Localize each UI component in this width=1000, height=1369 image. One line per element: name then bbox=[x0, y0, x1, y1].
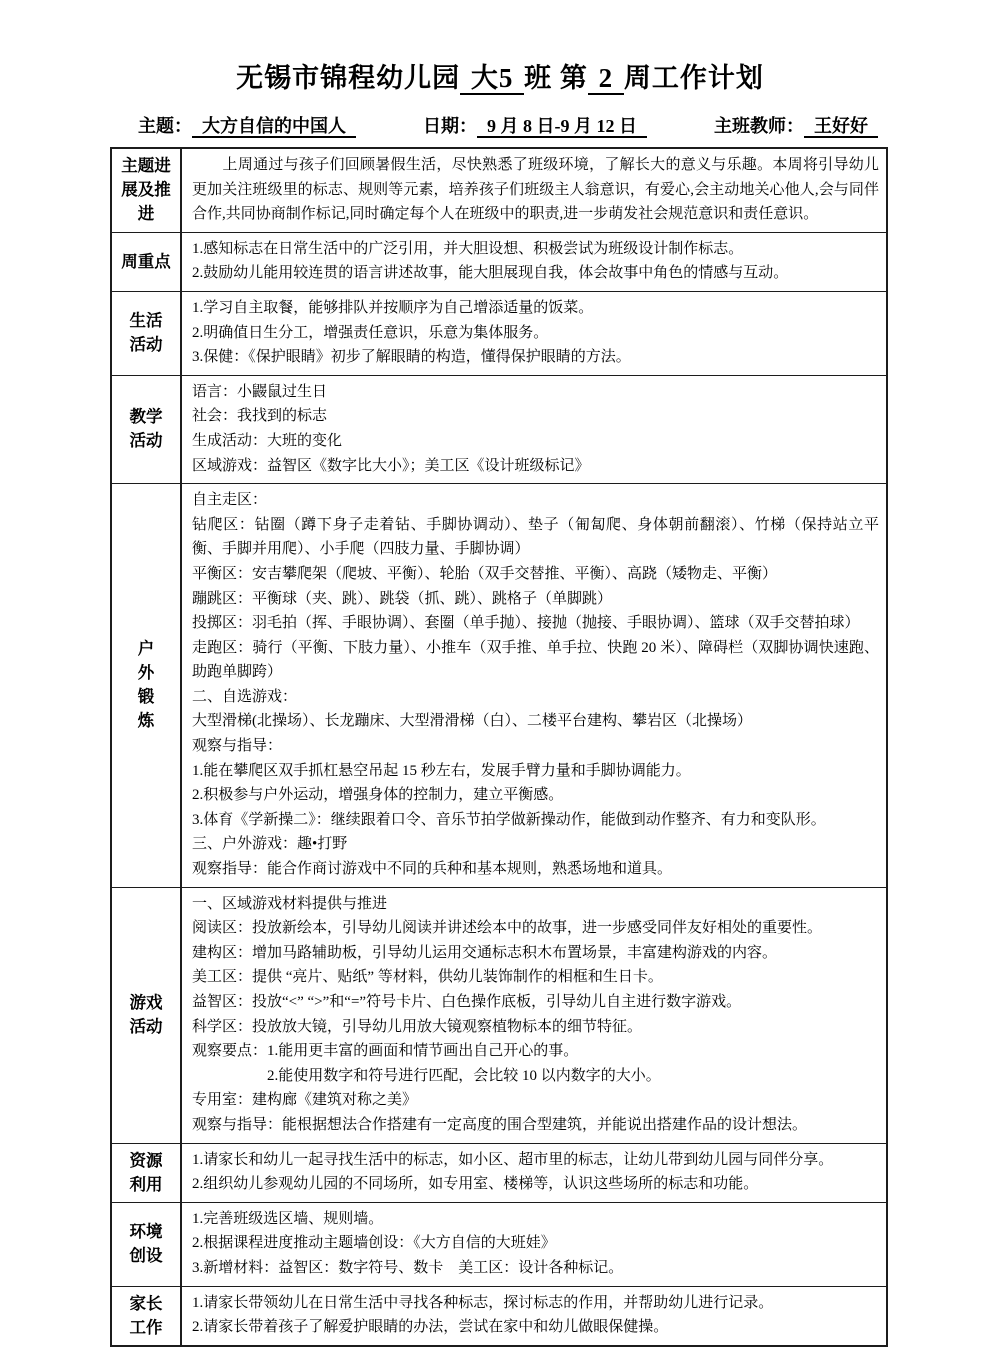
content-paragraph: 2.积极参与户外运动，增强身体的控制力，建立平衡感。 bbox=[192, 783, 879, 808]
row-label: 教学活动 bbox=[112, 376, 182, 483]
table-row: 周重点1.感知标志在日常生活中的广泛引用，并大胆设想、积极尝试为班级设计制作标志… bbox=[112, 232, 886, 291]
page-title: 无锡市锦程幼儿园 大5 班 第 2 周工作计划 bbox=[0, 0, 1000, 95]
table-row: 资源利用1.请家长和幼儿一起寻找生活中的标志，如小区、超市里的标志，让幼儿带到幼… bbox=[112, 1143, 886, 1202]
table-row: 家长工作1.请家长带领幼儿在日常生活中寻找各种标志，探讨标志的作用，并帮助幼儿进… bbox=[112, 1286, 886, 1345]
content-paragraph: 2.请家长带着孩子了解爱护眼睛的办法，尝试在家中和幼儿做眼保健操。 bbox=[192, 1315, 879, 1340]
row-label-line: 游戏 bbox=[130, 991, 163, 1015]
row-content: 1.学习自主取餐，能够排队并按顺序为自己增添适量的饭菜。2.明确值日生分工，增强… bbox=[182, 292, 886, 375]
table-row: 户外锻炼自主走区：钻爬区：钻圈（蹲下身子走着钻、手脚协调动）、垫子（匍匐爬、身体… bbox=[112, 483, 886, 887]
row-label-line: 利用 bbox=[130, 1173, 163, 1197]
title-text-2: 班 第 bbox=[524, 63, 588, 93]
content-paragraph: 3.新增材料：益智区：数字符号、数卡 美工区：设计各种标记。 bbox=[192, 1256, 879, 1281]
row-label-line: 生活 bbox=[130, 309, 163, 333]
content-paragraph: 3.保健：《保护眼睛》初步了解眼睛的构造，懂得保护眼睛的方法。 bbox=[192, 345, 879, 370]
row-label-line: 展及推 bbox=[121, 178, 171, 202]
row-label-line: 户 bbox=[138, 637, 155, 661]
row-label-line: 教学 bbox=[130, 405, 163, 429]
row-label: 周重点 bbox=[112, 233, 182, 291]
content-paragraph: 益智区：投放“<” “>”和“=”符号卡片、白色操作底板，引导幼儿自主进行数字游… bbox=[192, 990, 879, 1015]
content-paragraph: 1.请家长和幼儿一起寻找生活中的标志，如小区、超市里的标志，让幼儿带到幼儿园与同… bbox=[192, 1148, 879, 1173]
content-paragraph: 自主走区： bbox=[192, 488, 879, 513]
row-label: 资源利用 bbox=[112, 1144, 182, 1202]
content-paragraph: 建构区：增加马路辅助板，引导幼儿运用交通标志积木布置场景，丰富建构游戏的内容。 bbox=[192, 941, 879, 966]
content-paragraph: 观察指导：能合作商讨游戏中不同的兵种和基本规则，熟悉场地和道具。 bbox=[192, 857, 879, 882]
row-content: 语言：小鼹鼠过生日社会：我找到的标志生成活动：大班的变化区域游戏：益智区《数字比… bbox=[182, 376, 886, 483]
row-label: 家长工作 bbox=[112, 1287, 182, 1345]
content-paragraph: 3.体育《学新操二》：继续跟着口令、音乐节拍学做新操动作，能做到动作整齐、有力和… bbox=[192, 808, 879, 833]
content-paragraph: 大型滑梯(北操场）、长龙蹦床、大型滑滑梯（白）、二楼平台建构、攀岩区（北操场） bbox=[192, 709, 879, 734]
row-content: 一、区域游戏材料提供与推进阅读区：投放新绘本，引导幼儿阅读并讲述绘本中的故事，进… bbox=[182, 888, 886, 1143]
content-paragraph: 一、区域游戏材料提供与推进 bbox=[192, 892, 879, 917]
row-label: 游戏活动 bbox=[112, 888, 182, 1143]
theme-value: 大方自信的中国人 bbox=[192, 116, 356, 138]
row-label: 户外锻炼 bbox=[112, 484, 182, 887]
content-paragraph: 上周通过与孩子们回顾暑假生活，尽快熟悉了班级环境，了解长大的意义与乐趣。本周将引… bbox=[192, 153, 879, 227]
date-field: 日期：9 月 8 日-9 月 12 日 bbox=[423, 112, 647, 138]
content-paragraph: 1.完善班级选区墙、规则墙。 bbox=[192, 1207, 879, 1232]
theme-field: 主题：大方自信的中国人 bbox=[138, 112, 356, 138]
content-paragraph: 语言：小鼹鼠过生日 bbox=[192, 380, 879, 405]
meta-row: 主题：大方自信的中国人 日期：9 月 8 日-9 月 12 日 主班教师：王好好 bbox=[138, 112, 878, 138]
row-label-line: 炼 bbox=[138, 709, 155, 733]
row-label-line: 资源 bbox=[130, 1149, 163, 1173]
row-label-line: 锻 bbox=[138, 685, 155, 709]
row-label-line: 环境 bbox=[130, 1220, 163, 1244]
row-label-line: 工作 bbox=[130, 1316, 163, 1340]
content-paragraph: 2.鼓励幼儿能用较连贯的语言讲述故事，能大胆展现自我，体会故事中角色的情感与互动… bbox=[192, 261, 879, 286]
row-label-line: 活动 bbox=[130, 1015, 163, 1039]
row-content: 上周通过与孩子们回顾暑假生活，尽快熟悉了班级环境，了解长大的意义与乐趣。本周将引… bbox=[182, 149, 886, 232]
row-label: 生活活动 bbox=[112, 292, 182, 375]
row-content: 1.完善班级选区墙、规则墙。2.根据课程进度推动主题墙创设：《大方自信的大班娃》… bbox=[182, 1203, 886, 1286]
content-paragraph: 专用室：建构廊《建筑对称之美》 bbox=[192, 1088, 879, 1113]
content-paragraph: 社会：我找到的标志 bbox=[192, 404, 879, 429]
row-label-line: 活动 bbox=[130, 429, 163, 453]
row-content: 1.感知标志在日常生活中的广泛引用，并大胆设想、积极尝试为班级设计制作标志。2.… bbox=[182, 233, 886, 291]
content-paragraph: 1.感知标志在日常生活中的广泛引用，并大胆设想、积极尝试为班级设计制作标志。 bbox=[192, 237, 879, 262]
content-paragraph: 1.请家长带领幼儿在日常生活中寻找各种标志，探讨标志的作用，并帮助幼儿进行记录。 bbox=[192, 1291, 879, 1316]
table-row: 游戏活动一、区域游戏材料提供与推进阅读区：投放新绘本，引导幼儿阅读并讲述绘本中的… bbox=[112, 887, 886, 1143]
content-paragraph: 二、自选游戏： bbox=[192, 685, 879, 710]
row-label-line: 家长 bbox=[130, 1292, 163, 1316]
teacher-label: 主班教师： bbox=[714, 116, 804, 136]
weekly-plan-table: 主题进展及推进 上周通过与孩子们回顾暑假生活，尽快熟悉了班级环境，了解长大的意义… bbox=[110, 147, 888, 1347]
content-paragraph: 1.能在攀爬区双手抓杠悬空吊起 15 秒左右，发展手臂力量和手脚协调能力。 bbox=[192, 759, 879, 784]
content-paragraph: 2.明确值日生分工，增强责任意识，乐意为集体服务。 bbox=[192, 321, 879, 346]
row-label-line: 周重点 bbox=[121, 250, 171, 274]
row-label: 主题进展及推进 bbox=[112, 149, 182, 232]
content-paragraph: 2.根据课程进度推动主题墙创设：《大方自信的大班娃》 bbox=[192, 1231, 879, 1256]
teacher-field: 主班教师：王好好 bbox=[714, 112, 878, 138]
class-blank: 大5 bbox=[460, 63, 524, 95]
row-content: 自主走区：钻爬区：钻圈（蹲下身子走着钻、手脚协调动）、垫子（匍匐爬、身体朝前翻滚… bbox=[182, 484, 886, 887]
content-paragraph: 美工区：提供 “亮片、贴纸” 等材料，供幼儿装饰制作的相框和生日卡。 bbox=[192, 965, 879, 990]
content-paragraph: 1.学习自主取餐，能够排队并按顺序为自己增添适量的饭菜。 bbox=[192, 296, 879, 321]
content-paragraph: 区域游戏：益智区《数字比大小》；美工区《设计班级标记》 bbox=[192, 454, 879, 479]
row-label-line: 活动 bbox=[130, 333, 163, 357]
content-paragraph: 观察要点：1.能用更丰富的画面和情节画出自己开心的事。 bbox=[192, 1039, 879, 1064]
content-paragraph: 生成活动：大班的变化 bbox=[192, 429, 879, 454]
table-row: 教学活动语言：小鼹鼠过生日社会：我找到的标志生成活动：大班的变化区域游戏：益智区… bbox=[112, 375, 886, 483]
content-paragraph: 2.能使用数字和符号进行匹配，会比较 10 以内数字的大小。 bbox=[192, 1064, 879, 1089]
content-paragraph: 走跑区：骑行（平衡、下肢力量）、小推车（双手推、单手拉、快跑 20 米）、障碍栏… bbox=[192, 636, 879, 685]
date-value: 9 月 8 日-9 月 12 日 bbox=[477, 116, 647, 138]
table-row: 生活活动1.学习自主取餐，能够排队并按顺序为自己增添适量的饭菜。2.明确值日生分… bbox=[112, 291, 886, 375]
content-paragraph: 蹦跳区：平衡球（夹、跳）、跳袋（抓、跳）、跳格子（单脚跳） bbox=[192, 587, 879, 612]
week-blank: 2 bbox=[588, 63, 624, 95]
content-paragraph: 三、户外游戏：趣•打野 bbox=[192, 832, 879, 857]
content-paragraph: 观察与指导： bbox=[192, 734, 879, 759]
content-paragraph: 平衡区：安吉攀爬架（爬坡、平衡）、轮胎（双手交替推、平衡）、高跷（矮物走、平衡） bbox=[192, 562, 879, 587]
content-paragraph: 投掷区：羽毛拍（挥、手眼协调）、套圈（单手抛）、接抛（抛接、手眼协调）、篮球（双… bbox=[192, 611, 879, 636]
title-text-3: 周工作计划 bbox=[624, 63, 764, 93]
content-paragraph: 钻爬区：钻圈（蹲下身子走着钻、手脚协调动）、垫子（匍匐爬、身体朝前翻滚）、竹梯（… bbox=[192, 513, 879, 562]
table-row: 主题进展及推进 上周通过与孩子们回顾暑假生活，尽快熟悉了班级环境，了解长大的意义… bbox=[112, 149, 886, 232]
date-label: 日期： bbox=[423, 116, 477, 136]
row-label-line: 创设 bbox=[130, 1244, 163, 1268]
table-row: 环境创设1.完善班级选区墙、规则墙。2.根据课程进度推动主题墙创设：《大方自信的… bbox=[112, 1202, 886, 1286]
theme-label: 主题： bbox=[138, 116, 192, 136]
content-paragraph: 科学区：投放放大镜，引导幼儿用放大镜观察植物标本的细节特征。 bbox=[192, 1015, 879, 1040]
teacher-value: 王好好 bbox=[804, 116, 878, 138]
content-paragraph: 阅读区：投放新绘本，引导幼儿阅读并讲述绘本中的故事，进一步感受同伴友好相处的重要… bbox=[192, 916, 879, 941]
row-label-line: 外 bbox=[138, 661, 155, 685]
row-label-line: 进 bbox=[138, 202, 155, 226]
row-label: 环境创设 bbox=[112, 1203, 182, 1286]
document-page: 无锡市锦程幼儿园 大5 班 第 2 周工作计划 主题：大方自信的中国人 日期：9… bbox=[0, 0, 1000, 1369]
content-paragraph: 观察与指导：能根据想法合作搭建有一定高度的围合型建筑，并能说出搭建作品的设计想法… bbox=[192, 1113, 879, 1138]
content-paragraph: 2.组织幼儿参观幼儿园的不同场所，如专用室、楼梯等，认识这些场所的标志和功能。 bbox=[192, 1172, 879, 1197]
row-label-line: 主题进 bbox=[121, 154, 171, 178]
row-content: 1.请家长带领幼儿在日常生活中寻找各种标志，探讨标志的作用，并帮助幼儿进行记录。… bbox=[182, 1287, 886, 1345]
title-text-1: 无锡市锦程幼儿园 bbox=[236, 63, 460, 93]
row-content: 1.请家长和幼儿一起寻找生活中的标志，如小区、超市里的标志，让幼儿带到幼儿园与同… bbox=[182, 1144, 886, 1202]
